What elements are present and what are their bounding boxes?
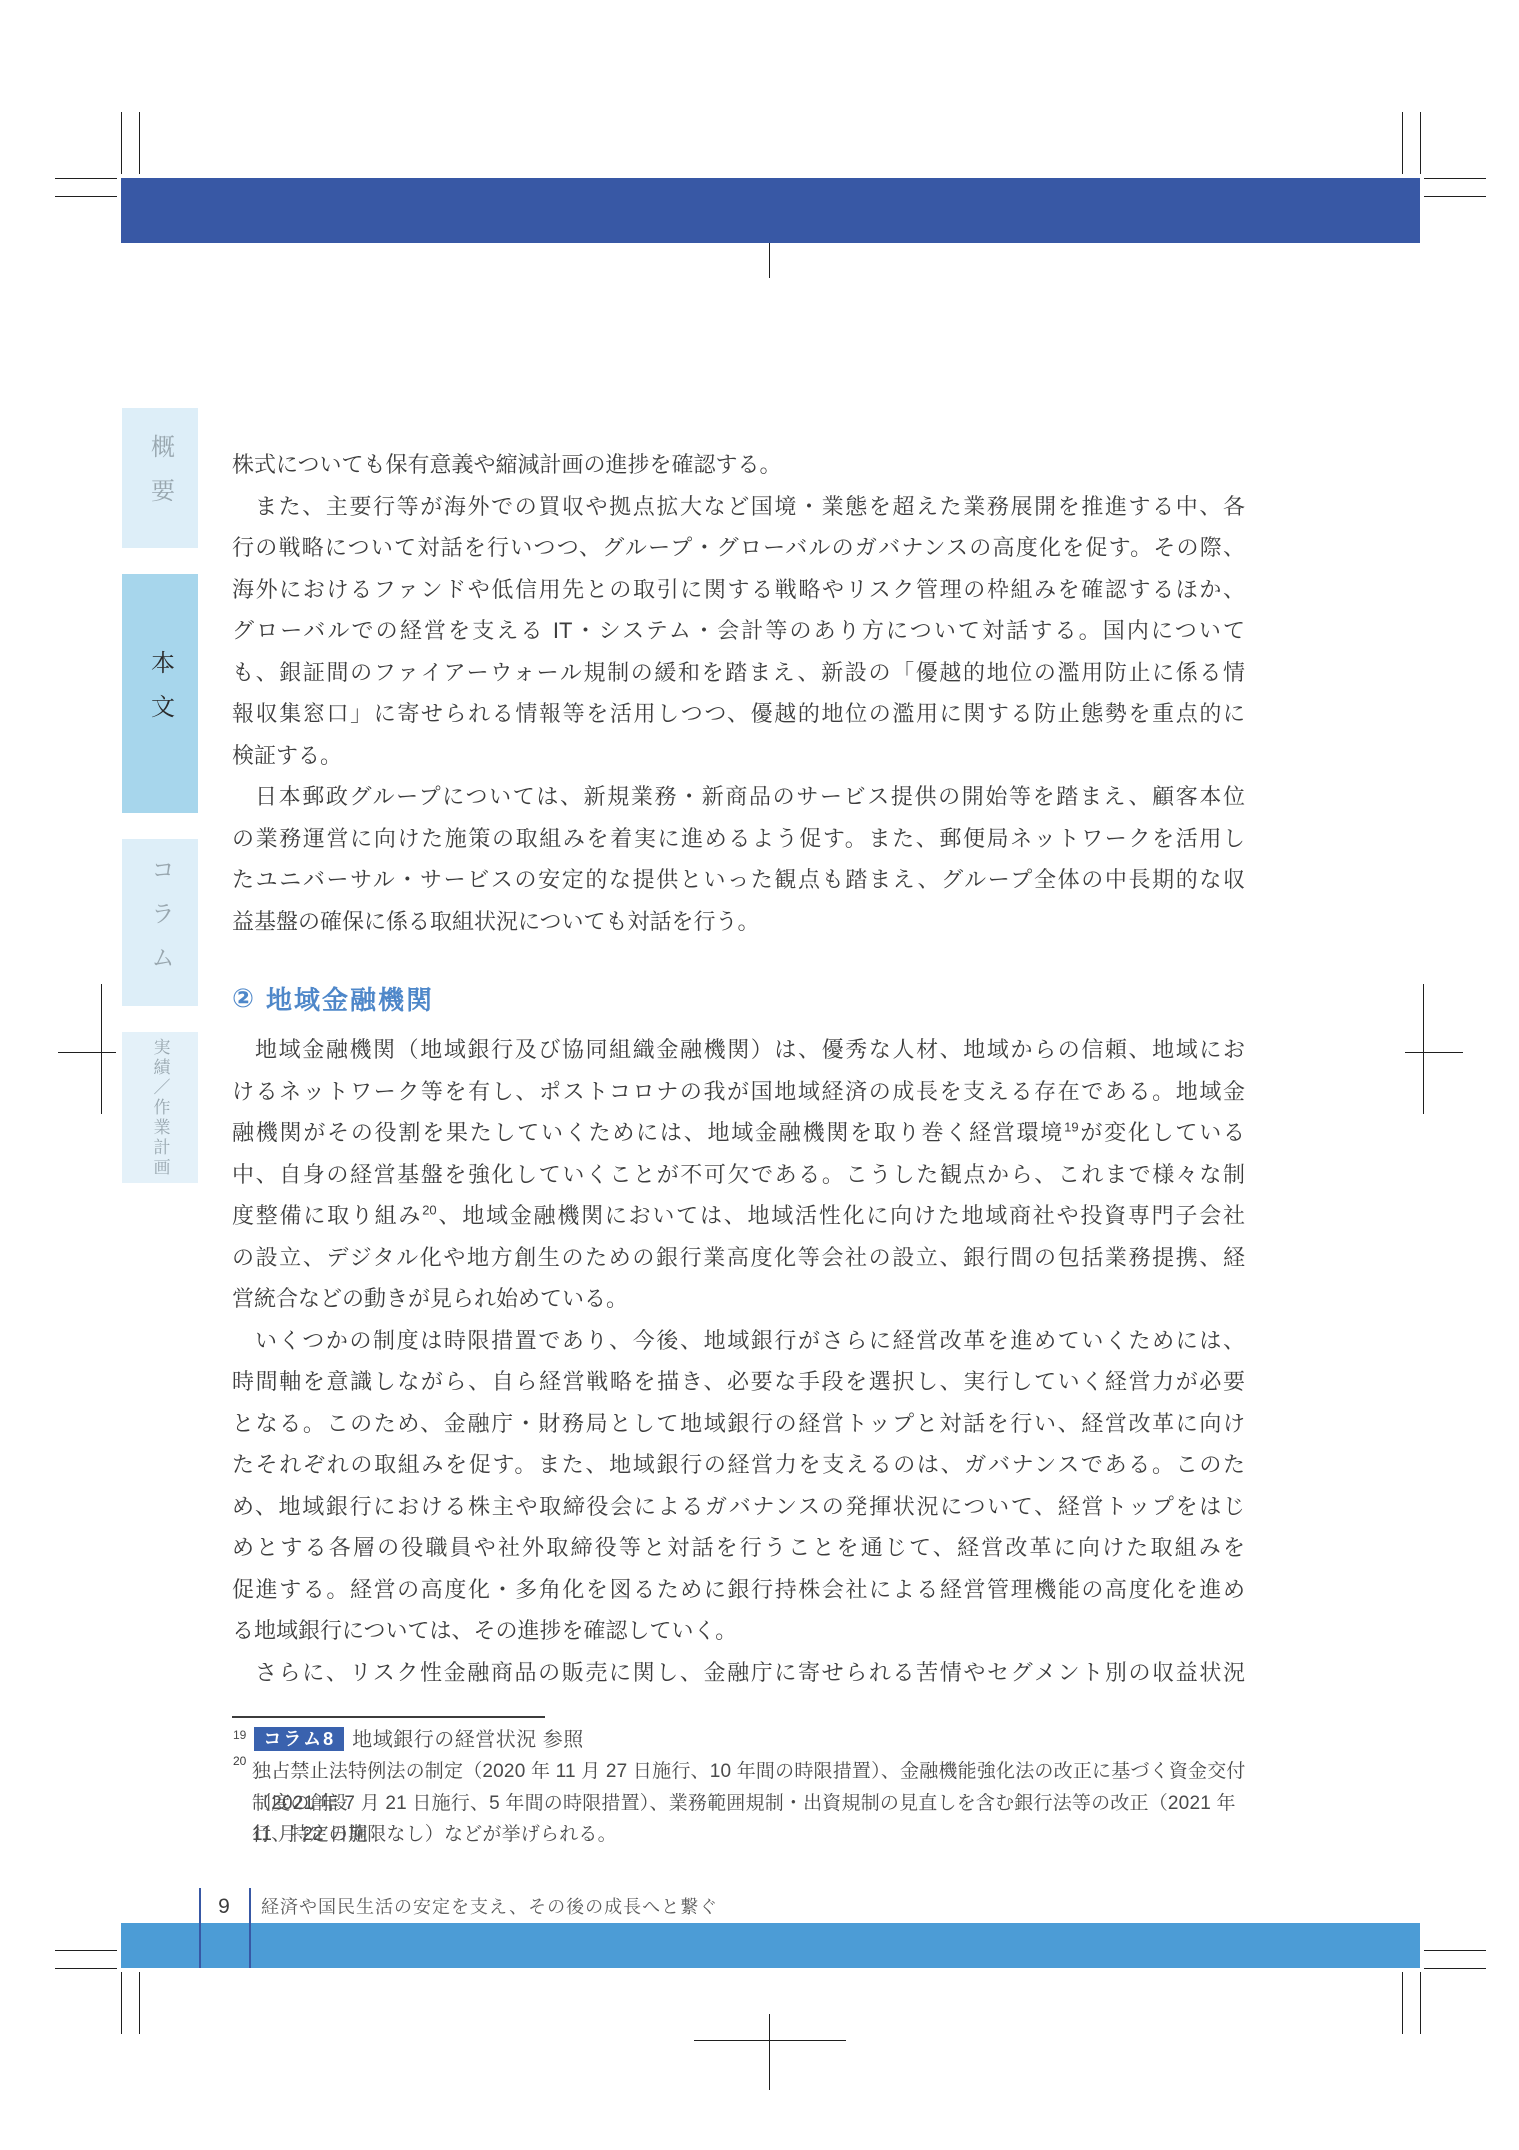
text-line: 時間軸を意識しながら、自ら経営戦略を描き、必要な手段を選択し、実行していく経営力… <box>232 1361 1245 1403</box>
footnote-20: 20 独占禁止法特例法の制定（2020 年 11 月 27 日施行、10 年間の… <box>252 1756 1252 1851</box>
text-line: る地域銀行については、その進捗を確認していく。 <box>232 1610 1245 1652</box>
text-line: 営統合などの動きが見られ始めている。 <box>232 1278 1245 1320</box>
text-line: たユニバーサル・サービスの安定的な提供といった観点も踏まえ、グループ全体の中長期… <box>232 859 1245 901</box>
crop-mark-right-center-h <box>1405 1052 1463 1053</box>
footer-bar <box>121 1923 1420 1968</box>
crop-mark-top-left-h1 <box>55 178 117 179</box>
crop-mark-top-right-v2 <box>1420 112 1421 174</box>
footnote-20-lines: 独占禁止法特例法の制定（2020 年 11 月 27 日施行、10 年間の時限措… <box>252 1756 1252 1851</box>
crop-mark-bottom-right-v2 <box>1420 1972 1421 2034</box>
text-line: の業務運営に向けた施策の取組みを着実に進めるよう促す。また、郵便局ネットワークを… <box>232 818 1245 860</box>
section-heading-label: 地域金融機関 <box>266 980 434 1017</box>
body-paragraphs-2: 地域金融機関（地域銀行及び協同組織金融機関）は、優秀な人材、地域からの信頼、地域… <box>232 1029 1245 1693</box>
text-line: 報収集窓口」に寄せられる情報等を活用しつつ、優越的地位の濫用に関する防止態勢を重… <box>232 693 1245 735</box>
footnote-separator-rule <box>232 1716 545 1718</box>
text-line: となる。このため、金融庁・財務局として地域銀行の経営トップと対話を行い、経営改革… <box>232 1403 1245 1445</box>
footer-separator-left <box>199 1888 201 1968</box>
text-line: め、地域銀行における株主や取締役会によるガバナンスの発揮状況について、経営トップ… <box>232 1486 1245 1528</box>
section-heading-number: ② <box>232 983 256 1014</box>
sidebar-tab-overview[interactable]: 概要 <box>122 408 198 548</box>
crop-mark-bottom-center-v <box>769 2014 770 2090</box>
crop-mark-bottom-left-v1 <box>121 1972 122 2034</box>
text-line: たそれぞれの取組みを促す。また、地域銀行の経営力を支えるのは、ガバナンスである。… <box>232 1444 1245 1486</box>
text-line: 日本郵政グループについては、新規業務・新商品のサービス提供の開始等を踏まえ、顧客… <box>232 776 1245 818</box>
header-bar <box>121 178 1420 243</box>
text-line: また、主要行等が海外での買収や拠点拡大など国境・業態を超えた業務展開を推進する中… <box>232 486 1245 528</box>
text-line: 独占禁止法特例法の制定（2020 年 11 月 27 日施行、10 年間の時限措… <box>252 1756 1252 1788</box>
text-line: 株式についても保有意義や縮減計画の進捗を確認する。 <box>232 444 1245 486</box>
text-line: も、銀証間のファイアーウォール規制の緩和を踏まえ、新設の「優越的地位の濫用防止に… <box>232 652 1245 694</box>
footnote-19-text: 地域銀行の経営状況 参照 <box>352 1727 584 1753</box>
body-paragraphs-1: 株式についても保有意義や縮減計画の進捗を確認する。また、主要行等が海外での買収や… <box>232 444 1245 942</box>
crop-mark-bottom-right-h2 <box>1424 1968 1486 1969</box>
crop-mark-top-right-h1 <box>1424 178 1486 179</box>
crop-mark-bottom-left-v2 <box>139 1972 140 2034</box>
sidebar-tab-main-text[interactable]: 本文 <box>122 574 198 813</box>
crop-mark-left-center-v <box>101 984 102 1114</box>
crop-mark-top-left-h2 <box>55 196 117 197</box>
crop-mark-bottom-right-v1 <box>1402 1972 1403 2034</box>
crop-mark-top-right-v1 <box>1402 112 1403 174</box>
text-line: 中、自身の経営基盤を強化していくことが不可欠である。こうした観点から、これまで様… <box>232 1154 1245 1196</box>
sidebar-tab-results-workplan-label: 実績／作業計画 <box>148 1038 173 1178</box>
crop-mark-top-left-v1 <box>121 112 122 174</box>
crop-mark-right-center-v <box>1423 984 1424 1114</box>
footer-running-title: 経済や国民生活の安定を支え、その後の成長へと繋ぐ <box>261 1892 718 1922</box>
footer-separator-right <box>249 1888 251 1968</box>
text-line: 度整備に取り組み20、地域金融機関においては、地域活性化に向けた地域商社や投資専… <box>232 1195 1245 1237</box>
sidebar-tab-column[interactable]: コラム <box>122 839 198 1006</box>
sidebar-tab-column-label: コラム <box>143 857 178 989</box>
crop-mark-bottom-right-h1 <box>1424 1950 1486 1951</box>
sidebar-tab-results-workplan[interactable]: 実績／作業計画 <box>122 1032 198 1183</box>
crop-mark-bottom-left-h1 <box>55 1950 117 1951</box>
crop-mark-bottom-center-h <box>694 2040 846 2041</box>
crop-mark-left-center-h <box>58 1052 116 1053</box>
text-line: 行の戦略について対話を行いつつ、グループ・グローバルのガバナンスの高度化を促す。… <box>232 527 1245 569</box>
text-line: いくつかの制度は時限措置であり、今後、地域銀行がさらに経営改革を進めていくために… <box>232 1320 1245 1362</box>
section-heading: ② 地域金融機関 <box>232 978 434 1018</box>
text-line: 益基盤の確保に係る取組状況についても対話を行う。 <box>232 901 1245 943</box>
text-line: グローバルでの経営を支える IT・システム・会計等のあり方について対話する。国内… <box>232 610 1245 652</box>
footnote-19-number: 19 <box>233 1727 246 1742</box>
crop-mark-top-right-h2 <box>1424 196 1486 197</box>
text-line: （2021 年 7 月 21 日施行、5 年間の時限措置）、業務範囲規制・出資規… <box>252 1788 1252 1820</box>
text-line: の設立、デジタル化や地方創生のための銀行業高度化等会社の設立、銀行間の包括業務提… <box>232 1237 1245 1279</box>
footnote-19: 19 コラム8 地域銀行の経営状況 参照 <box>233 1727 584 1753</box>
sidebar-tab-overview-label: 概要 <box>143 434 178 522</box>
document-page: 概要 本文 コラム 実績／作業計画 株式についても保有意義や縮減計画の進捗を確認… <box>0 0 1519 2150</box>
text-line: けるネットワーク等を有し、ポストコロナの我が国地域経済の成長を支える存在である。… <box>232 1071 1245 1113</box>
text-line: 行、特定の期限なし）などが挙げられる。 <box>252 1819 1252 1851</box>
text-line: めとする各層の役職員や社外取締役等と対話を行うことを通じて、経営改革に向けた取組… <box>232 1527 1245 1569</box>
text-line: 融機関がその役割を果たしていくためには、地域金融機関を取り巻く経営環境19が変化… <box>232 1112 1245 1154</box>
column-8-badge: コラム8 <box>254 1727 344 1751</box>
footnote-20-number: 20 <box>233 1754 246 1768</box>
page-number: 9 <box>199 1892 249 1922</box>
text-line: 地域金融機関（地域銀行及び協同組織金融機関）は、優秀な人材、地域からの信頼、地域… <box>232 1029 1245 1071</box>
crop-mark-top-left-v2 <box>139 112 140 174</box>
text-line: 促進する。経営の高度化・多角化を図るために銀行持株会社による経営管理機能の高度化… <box>232 1569 1245 1611</box>
text-line: 検証する。 <box>232 735 1245 777</box>
crop-mark-bottom-left-h2 <box>55 1968 117 1969</box>
sidebar-tab-main-text-label: 本文 <box>143 650 178 738</box>
text-line: 海外におけるファンドや低信用先との取引に関する戦略やリスク管理の枠組みを確認する… <box>232 569 1245 611</box>
text-line: さらに、リスク性金融商品の販売に関し、金融庁に寄せられる苦情やセグメント別の収益… <box>232 1652 1245 1694</box>
